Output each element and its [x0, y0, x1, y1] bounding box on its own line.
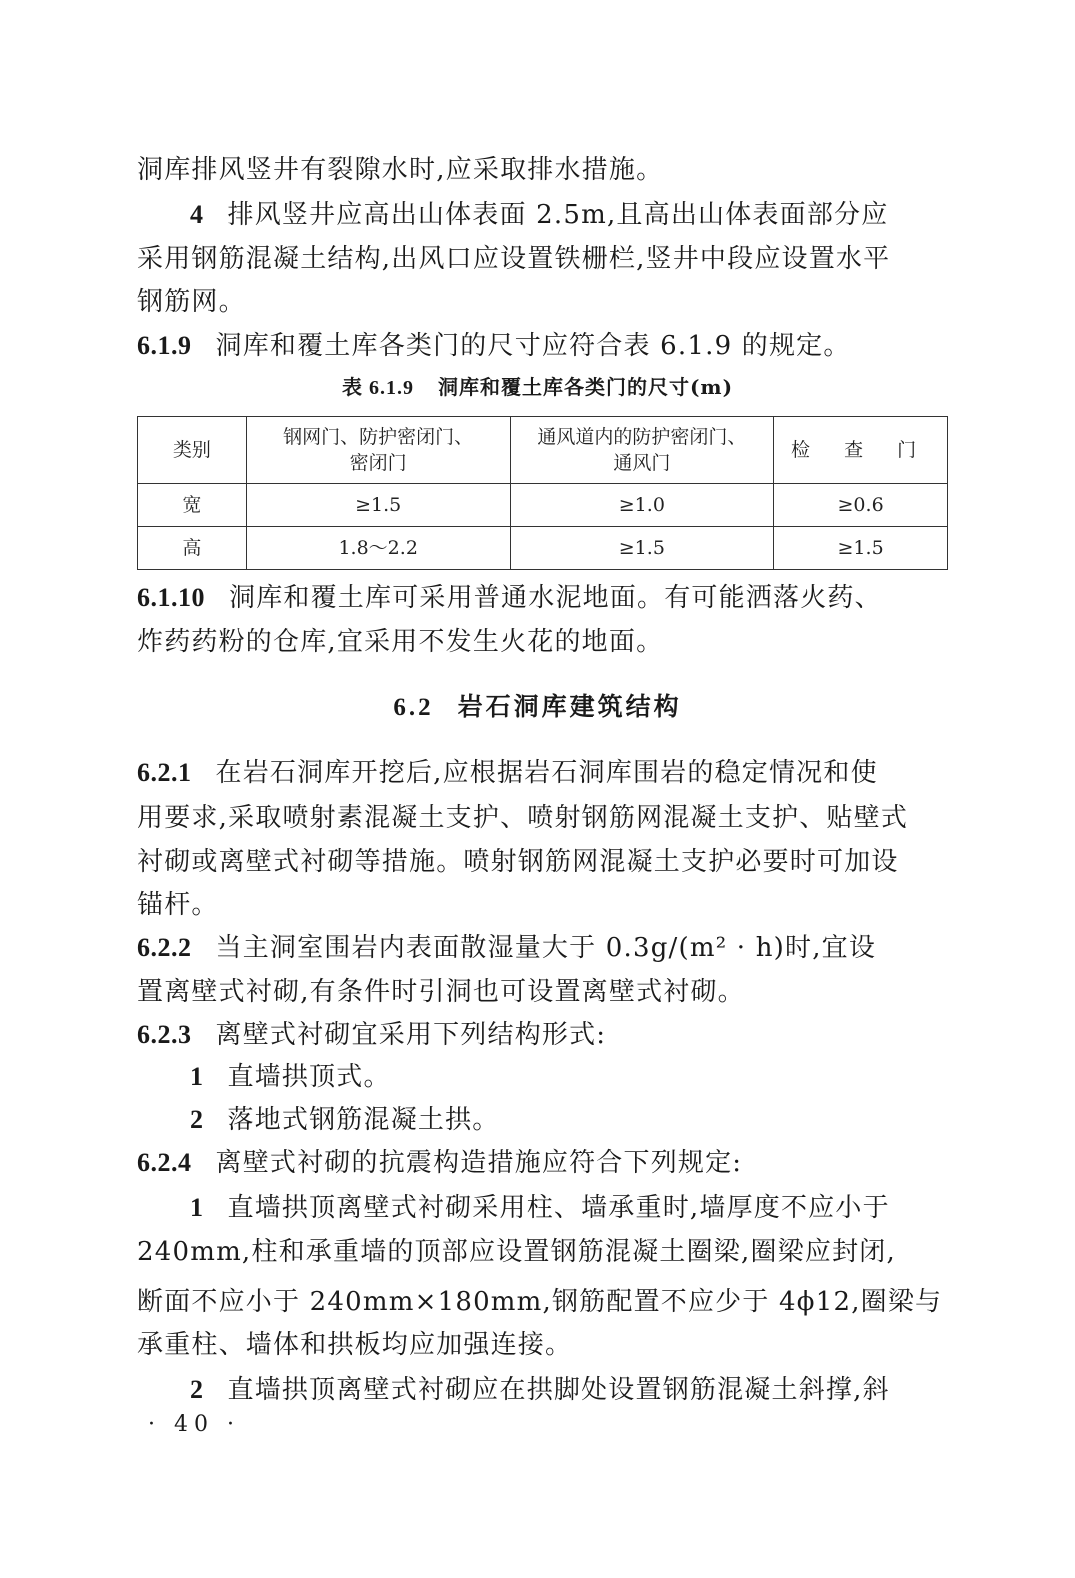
- item-number: 2: [190, 1105, 204, 1134]
- table-header-row: 类别 钢网门、防护密闭门、密闭门 通风道内的防护密闭门、通风门 检 查 门: [138, 417, 948, 484]
- text: 排风竖井应高出山体表面 2.5m,且高出山体表面部分应: [228, 200, 889, 230]
- text: 洞库排风竖井有裂隙水时,应采取排水措施。: [137, 155, 663, 185]
- section-heading: 6.2岩石洞库建筑结构: [0, 687, 1075, 728]
- item-number: 1: [190, 1193, 204, 1222]
- clause-line: 6.2.4离壁式衬砌的抗震构造措施应符合下列规定:: [137, 1143, 947, 1183]
- text: 钢筋网。: [137, 287, 246, 317]
- header-category: 类别: [138, 417, 247, 484]
- header-ventilation-door: 通风道内的防护密闭门、通风门: [510, 417, 774, 484]
- clause-line: 6.1.9洞库和覆土库各类门的尺寸应符合表 6.1.9 的规定。: [137, 326, 947, 366]
- clause-number: 6.2.3: [137, 1020, 192, 1049]
- list-item: 2直墙拱顶离壁式衬砌应在拱脚处设置钢筋混凝土斜撑,斜: [190, 1370, 1000, 1410]
- text: 240mm,柱和承重墙的顶部应设置钢筋混凝土圈梁,圈梁应封闭,: [137, 1237, 896, 1267]
- table-number: 表 6.1.9: [342, 377, 414, 399]
- text: 炸药药粉的仓库,宜采用不发生火花的地面。: [137, 627, 663, 657]
- text: 锚杆。: [137, 890, 219, 920]
- clause-number: 6.2.2: [137, 933, 192, 962]
- cell: ≥1.5: [246, 484, 510, 527]
- text: 直墙拱顶式。: [228, 1062, 391, 1092]
- text: 当主洞室围岩内表面散湿量大于 0.3g/(m² · h)时,宜设: [216, 933, 877, 963]
- paragraph-line: 洞库排风竖井有裂隙水时,应采取排水措施。: [137, 150, 947, 190]
- section-title: 岩石洞库建筑结构: [458, 692, 682, 721]
- paragraph-line: 断面不应小于 240mm×180mm,钢筋配置不应少于 4ϕ12,圈梁与: [137, 1282, 947, 1322]
- paragraph-line: 衬砌或离壁式衬砌等措施。喷射钢筋网混凝土支护必要时可加设: [137, 842, 947, 882]
- clause-line: 6.2.3离壁式衬砌宜采用下列结构形式:: [137, 1015, 947, 1055]
- header-inspection-door: 检 查 门: [774, 417, 948, 484]
- item-number: 2: [190, 1375, 204, 1404]
- paragraph-line: 承重柱、墙体和拱板均应加强连接。: [137, 1325, 947, 1365]
- table-row: 高 1.8～2.2 ≥1.5 ≥1.5: [138, 527, 948, 570]
- paragraph-line: 用要求,采取喷射素混凝土支护、喷射钢筋网混凝土支护、贴壁式: [137, 798, 947, 838]
- text: 用要求,采取喷射素混凝土支护、喷射钢筋网混凝土支护、贴壁式: [137, 803, 908, 833]
- text: 离壁式衬砌宜采用下列结构形式:: [216, 1020, 607, 1050]
- paragraph-line: 锚杆。: [137, 885, 947, 925]
- paragraph-line: 采用钢筋混凝土结构,出风口应设置铁栅栏,竖井中段应设置水平: [137, 239, 947, 279]
- clause-number: 6.1.10: [137, 583, 205, 612]
- text: 采用钢筋混凝土结构,出风口应设置铁栅栏,竖井中段应设置水平: [137, 244, 890, 274]
- header-steel-mesh-door: 钢网门、防护密闭门、密闭门: [246, 417, 510, 484]
- row-label: 高: [138, 527, 247, 570]
- clause-line: 6.2.1在岩石洞库开挖后,应根据岩石洞库围岩的稳定情况和使: [137, 753, 947, 793]
- text: 落地式钢筋混凝土拱。: [228, 1105, 500, 1135]
- text: 直墙拱顶离壁式衬砌应在拱脚处设置钢筋混凝土斜撑,斜: [228, 1375, 890, 1405]
- page-number: · 40 ·: [148, 1412, 240, 1437]
- cell: ≥1.5: [510, 527, 774, 570]
- text: 洞库和覆土库各类门的尺寸应符合表 6.1.9 的规定。: [216, 331, 851, 361]
- cell: ≥0.6: [774, 484, 948, 527]
- paragraph-line: 钢筋网。: [137, 282, 947, 322]
- text: 直墙拱顶离壁式衬砌采用柱、墙承重时,墙厚度不应小于: [228, 1193, 890, 1223]
- clause-number: 6.1.9: [137, 331, 192, 360]
- clause-number: 6.2.1: [137, 758, 192, 787]
- paragraph-line: 240mm,柱和承重墙的顶部应设置钢筋混凝土圈梁,圈梁应封闭,: [137, 1232, 947, 1272]
- section-number: 6.2: [393, 694, 433, 721]
- text: 洞库和覆土库可采用普通水泥地面。有可能洒落火药、: [229, 583, 882, 613]
- text: 离壁式衬砌的抗震构造措施应符合下列规定:: [216, 1148, 743, 1178]
- door-size-table: 类别 钢网门、防护密闭门、密闭门 通风道内的防护密闭门、通风门 检 查 门 宽 …: [137, 416, 948, 570]
- table-title: 洞库和覆土库各类门的尺寸(m): [438, 375, 733, 399]
- list-item: 2落地式钢筋混凝土拱。: [190, 1100, 1000, 1140]
- text: 在岩石洞库开挖后,应根据岩石洞库围岩的稳定情况和使: [216, 758, 878, 788]
- list-item: 1直墙拱顶式。: [190, 1057, 1000, 1097]
- paragraph-line: 置离壁式衬砌,有条件时引洞也可设置离壁式衬砌。: [137, 972, 947, 1012]
- item-number: 1: [190, 1062, 204, 1091]
- text: 置离壁式衬砌,有条件时引洞也可设置离壁式衬砌。: [137, 977, 745, 1007]
- table-row: 宽 ≥1.5 ≥1.0 ≥0.6: [138, 484, 948, 527]
- list-item: 1直墙拱顶离壁式衬砌采用柱、墙承重时,墙厚度不应小于: [190, 1188, 1000, 1228]
- clause-number: 6.2.4: [137, 1148, 192, 1177]
- paragraph-line: 4排风竖井应高出山体表面 2.5m,且高出山体表面部分应: [190, 195, 1000, 235]
- table-caption: 表 6.1.9洞库和覆土库各类门的尺寸(m): [0, 372, 1075, 403]
- cell: ≥1.0: [510, 484, 774, 527]
- cell: 1.8～2.2: [246, 527, 510, 570]
- text: 承重柱、墙体和拱板均应加强连接。: [137, 1330, 572, 1360]
- text: 断面不应小于 240mm×180mm,钢筋配置不应少于 4ϕ12,圈梁与: [137, 1287, 942, 1317]
- text: 衬砌或离壁式衬砌等措施。喷射钢筋网混凝土支护必要时可加设: [137, 847, 899, 877]
- clause-line: 6.2.2当主洞室围岩内表面散湿量大于 0.3g/(m² · h)时,宜设: [137, 928, 947, 968]
- item-number: 4: [190, 200, 204, 229]
- cell: ≥1.5: [774, 527, 948, 570]
- paragraph-line: 炸药药粉的仓库,宜采用不发生火花的地面。: [137, 622, 947, 662]
- clause-line: 6.1.10洞库和覆土库可采用普通水泥地面。有可能洒落火药、: [137, 578, 947, 618]
- row-label: 宽: [138, 484, 247, 527]
